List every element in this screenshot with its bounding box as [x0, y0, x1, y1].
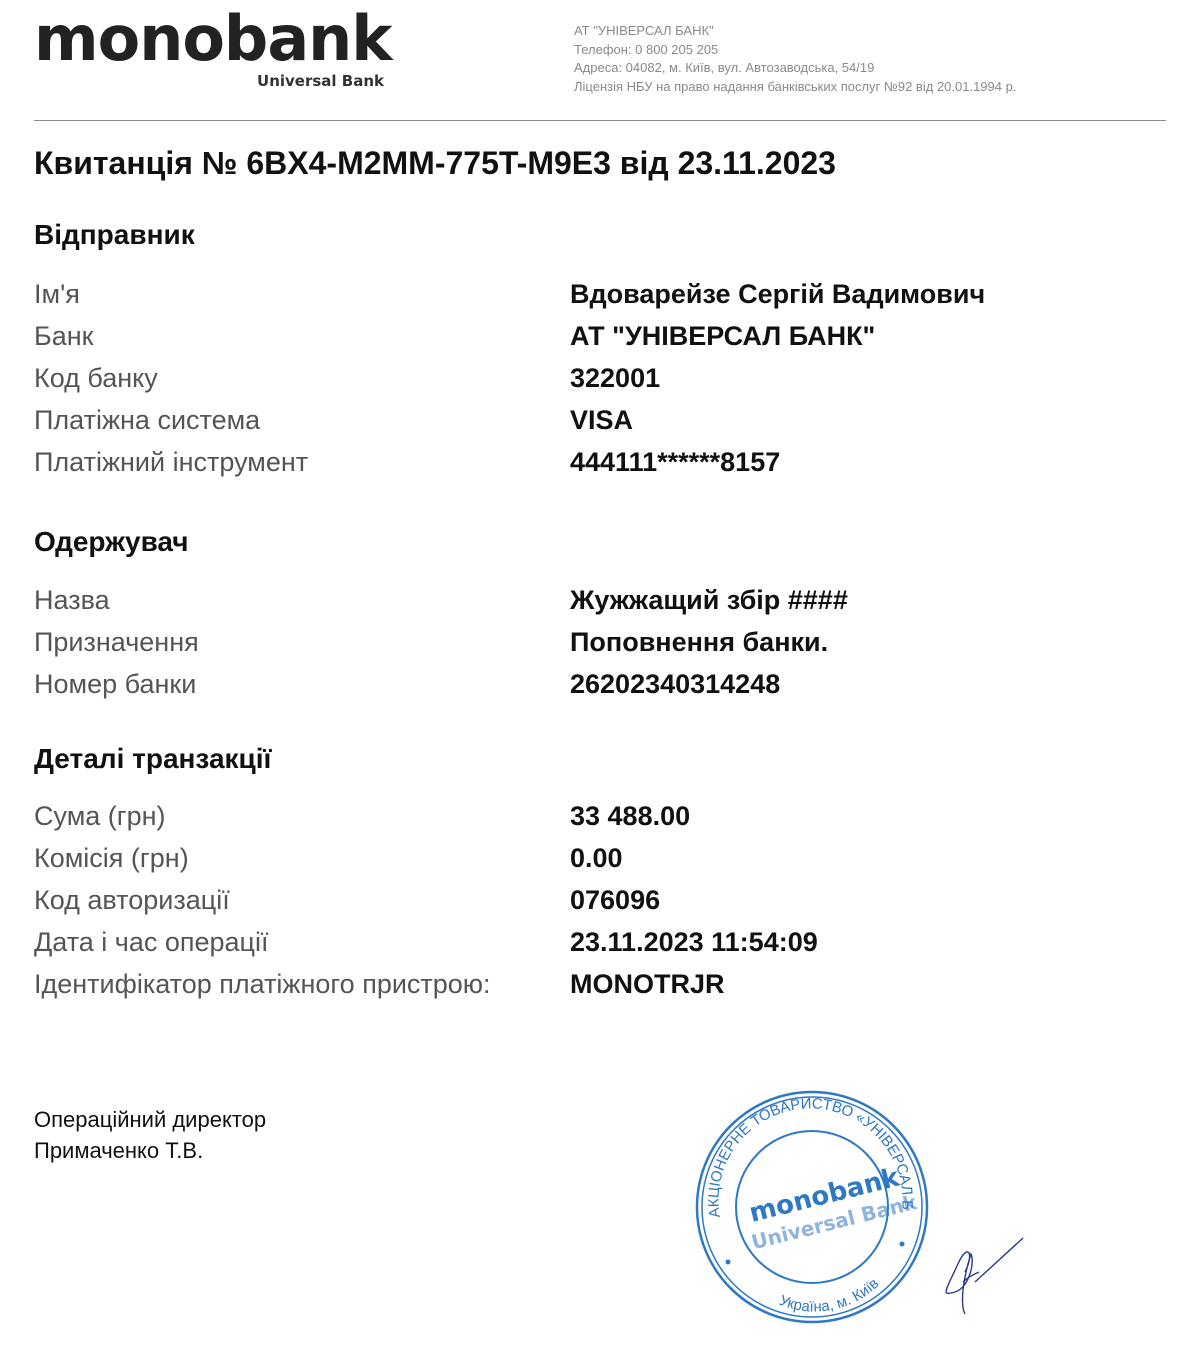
- detail-label: Платіжна система: [34, 405, 260, 436]
- detail-label: Призначення: [34, 627, 199, 658]
- detail-row: Призначення Поповнення банки.: [34, 627, 1164, 669]
- detail-row: Дата і час операції 23.11.2023 11:54:09: [34, 927, 1164, 969]
- detail-label: Комісія (грн): [34, 843, 189, 874]
- header-divider: [34, 120, 1166, 121]
- detail-value: MONOTRJR: [570, 969, 725, 1000]
- signer-position: Операційний директор: [34, 1104, 266, 1135]
- detail-row: Ідентифікатор платіжного пристрою: MONOT…: [34, 969, 1164, 1011]
- detail-row: Ім'я Вдоварейзе Сергій Вадимович: [34, 279, 1164, 321]
- signature: [935, 1232, 1025, 1322]
- section-heading-transaction: Деталі транзакції: [34, 743, 271, 775]
- detail-label: Ім'я: [34, 279, 80, 310]
- signer-block: Операційний директор Примаченко Т.В.: [34, 1104, 266, 1166]
- bank-stamp: АКЦІОНЕРНЕ ТОВАРИСТВО «УНІВЕРСАЛ БАНК» У…: [690, 1082, 930, 1332]
- detail-value: Поповнення банки.: [570, 627, 828, 658]
- detail-value: 322001: [570, 363, 660, 394]
- detail-label: Код банку: [34, 363, 158, 394]
- detail-value: 0.00: [570, 843, 623, 874]
- detail-value: 23.11.2023 11:54:09: [570, 927, 818, 958]
- detail-row: Банк АТ "УНІВЕРСАЛ БАНК": [34, 321, 1164, 363]
- bank-license: Ліцензія НБУ на право надання банківськи…: [574, 78, 1016, 97]
- detail-label: Ідентифікатор платіжного пристрою:: [34, 969, 491, 1000]
- detail-label: Номер банки: [34, 669, 196, 700]
- detail-row: Код банку 322001: [34, 363, 1164, 405]
- detail-value: 444111******8157: [570, 447, 780, 478]
- section-heading-recipient: Одержувач: [34, 526, 189, 558]
- detail-value: Жужжащий збір ####: [570, 585, 848, 616]
- detail-value: 33 488.00: [570, 801, 690, 832]
- bank-contact-info: АТ "УНІВЕРСАЛ БАНК" Телефон: 0 800 205 2…: [574, 22, 1016, 96]
- detail-row: Номер банки 26202340314248: [34, 669, 1164, 711]
- detail-value: 26202340314248: [570, 669, 780, 700]
- detail-label: Назва: [34, 585, 110, 616]
- detail-row: Комісія (грн) 0.00: [34, 843, 1164, 885]
- section-heading-sender: Відправник: [34, 219, 195, 251]
- signer-name: Примаченко Т.В.: [34, 1135, 266, 1166]
- bank-name: АТ "УНІВЕРСАЛ БАНК": [574, 22, 1016, 41]
- detail-label: Код авторизації: [34, 885, 230, 916]
- logo-subtitle: Universal Bank: [257, 72, 384, 90]
- bank-phone: Телефон: 0 800 205 205: [574, 41, 1016, 60]
- detail-value: АТ "УНІВЕРСАЛ БАНК": [570, 321, 875, 352]
- detail-label: Платіжний інструмент: [34, 447, 308, 478]
- detail-row: Назва Жужжащий збір ####: [34, 585, 1164, 627]
- detail-value: 076096: [570, 885, 660, 916]
- detail-row: Сума (грн) 33 488.00: [34, 801, 1164, 843]
- detail-label: Банк: [34, 321, 93, 352]
- detail-row: Платіжна система VISA: [34, 405, 1164, 447]
- receipt-title: Квитанція № 6BX4-M2MM-775T-M9E3 від 23.1…: [34, 145, 836, 182]
- detail-row: Код авторизації 076096: [34, 885, 1164, 927]
- detail-label: Дата і час операції: [34, 927, 269, 958]
- detail-value: VISA: [570, 405, 633, 436]
- detail-label: Сума (грн): [34, 801, 166, 832]
- bank-address: Адреса: 04082, м. Київ, вул. Автозаводсь…: [574, 59, 1016, 78]
- detail-row: Платіжний інструмент 444111******8157: [34, 447, 1164, 489]
- monobank-logo: monobank Universal Bank: [34, 14, 386, 94]
- logo-wordmark: monobank: [34, 8, 392, 70]
- detail-value: Вдоварейзе Сергій Вадимович: [570, 279, 985, 310]
